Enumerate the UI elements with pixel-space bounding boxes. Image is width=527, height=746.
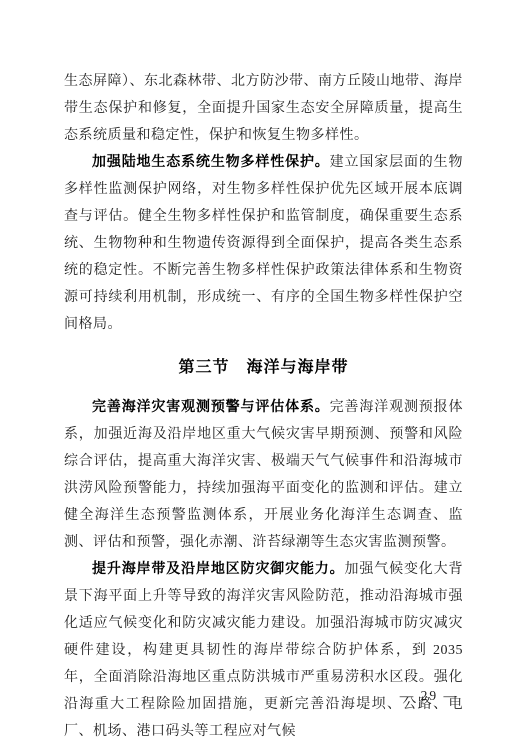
document-page: 生态屏障）、东北森林带、北方防沙带、南方丘陵山地带、海岸带生态保护和修复，全面提… <box>0 0 527 746</box>
paragraph-coastal-defense: 提升海岸带及沿岸地区防灾御灾能力。加强气候变化大背景下海平面上升等导致的海洋灾害… <box>64 556 463 745</box>
page-content: 生态屏障）、东北森林带、北方防沙带、南方丘陵山地带、海岸带生态保护和修复，全面提… <box>64 68 463 745</box>
paragraph-body: 建立国家层面的生物多样性监测保护网络，对生物多样性保护优先区域开展本底调查与评估… <box>64 155 463 332</box>
paragraph-body: 完善海洋观测预报体系，加强近海及沿岸地区重大气候灾害早期预测、预警和风险综合评估… <box>64 400 463 550</box>
paragraph-lead: 加强陆地生态系统生物多样性保护。 <box>92 155 330 170</box>
paragraph-lead: 完善海洋灾害观测预警与评估体系。 <box>92 400 330 415</box>
page-number: — 29 — <box>400 686 459 706</box>
paragraph-body: 加强气候变化大背景下海平面上升等导致的海洋灾害风险防范，推动沿海城市强化适应气候… <box>64 562 463 739</box>
paragraph-biodiversity: 加强陆地生态系统生物多样性保护。建立国家层面的生物多样性监测保护网络，对生物多样… <box>64 149 463 338</box>
section-heading: 第三节 海洋与海岸带 <box>64 354 463 381</box>
paragraph-marine-warning: 完善海洋灾害观测预警与评估体系。完善海洋观测预报体系，加强近海及沿岸地区重大气候… <box>64 394 463 556</box>
paragraph-lead: 提升海岸带及沿岸地区防灾御灾能力。 <box>92 562 345 577</box>
paragraph-continuation: 生态屏障）、东北森林带、北方防沙带、南方丘陵山地带、海岸带生态保护和修复，全面提… <box>64 68 463 149</box>
